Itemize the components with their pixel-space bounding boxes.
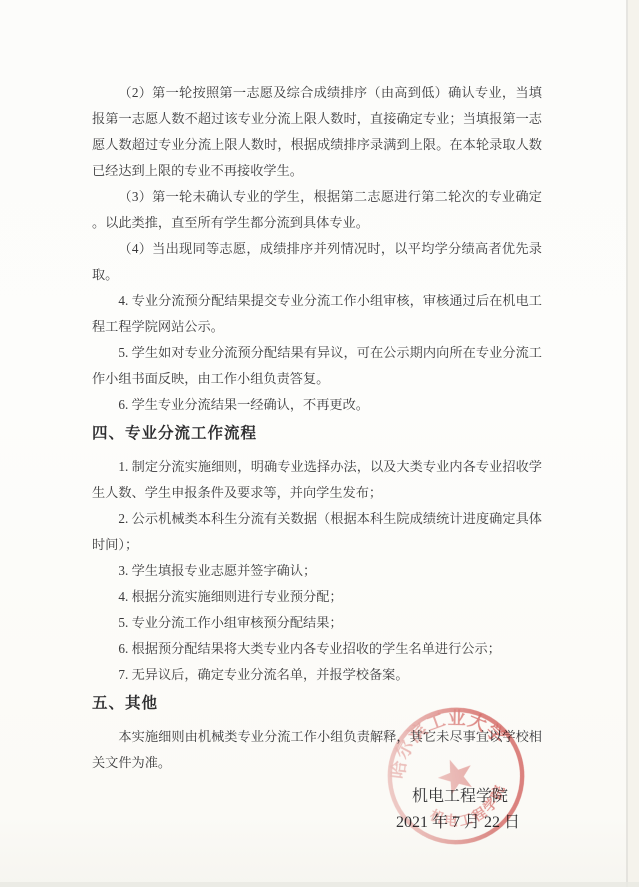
clause-4-paragraph: （4）当出现同等志愿，成绩排序并列情况时，以平均学分绩高者优先录取。 [92, 236, 542, 288]
scanned-document-page: （2）第一轮按照第一志愿及综合成绩排序（由高到低）确认专业，当填报第一志愿人数不… [0, 0, 639, 887]
workflow-step-5: 5. 专业分流工作小组审核预分配结果； [92, 610, 542, 636]
document-body: （2）第一轮按照第一志愿及综合成绩排序（由高到低）确认专业，当填报第一志愿人数不… [0, 0, 639, 836]
seal-star-icon [433, 753, 478, 797]
point-6-paragraph: 6. 学生专业分流结果一经确认，不再更改。 [92, 392, 542, 418]
workflow-step-3: 3. 学生填报专业志愿并签字确认； [92, 558, 542, 584]
clause-2-paragraph: （2）第一轮按照第一志愿及综合成绩排序（由高到低）确认专业，当填报第一志愿人数不… [92, 80, 542, 184]
scan-edge-right-band [628, 0, 639, 887]
workflow-step-7: 7. 无异议后，确定专业分流名单，并报学校备案。 [92, 662, 542, 688]
workflow-step-4: 4. 根据分流实施细则进行专业预分配； [92, 584, 542, 610]
section-heading-workflow: 四、专业分流工作流程 [92, 420, 542, 448]
workflow-step-2: 2. 公示机械类本科生分流有关数据（根据本科生院成绩统计进度确定具体时间）； [92, 506, 542, 558]
workflow-step-1: 1. 制定分流实施细则，明确专业选择办法，以及大类专业内各专业招收学生人数、学生… [92, 454, 542, 506]
workflow-step-6: 6. 根据预分配结果将大类专业内各专业招收的学生名单进行公示； [92, 636, 542, 662]
scan-edge-bottom-band [0, 882, 639, 887]
scan-edge-right-line [626, 0, 628, 887]
point-4-paragraph: 4. 专业分流预分配结果提交专业分流工作小组审核，审核通过后在机电工程工程学院网… [92, 288, 542, 340]
point-5-paragraph: 5. 学生如对专业分流预分配结果有异议，可在公示期内向所在专业分流工作小组书面反… [92, 340, 542, 392]
clause-3-paragraph: （3）第一轮未确认专业的学生，根据第二志愿进行第二轮次的专业确定。以此类推，直至… [92, 184, 542, 236]
